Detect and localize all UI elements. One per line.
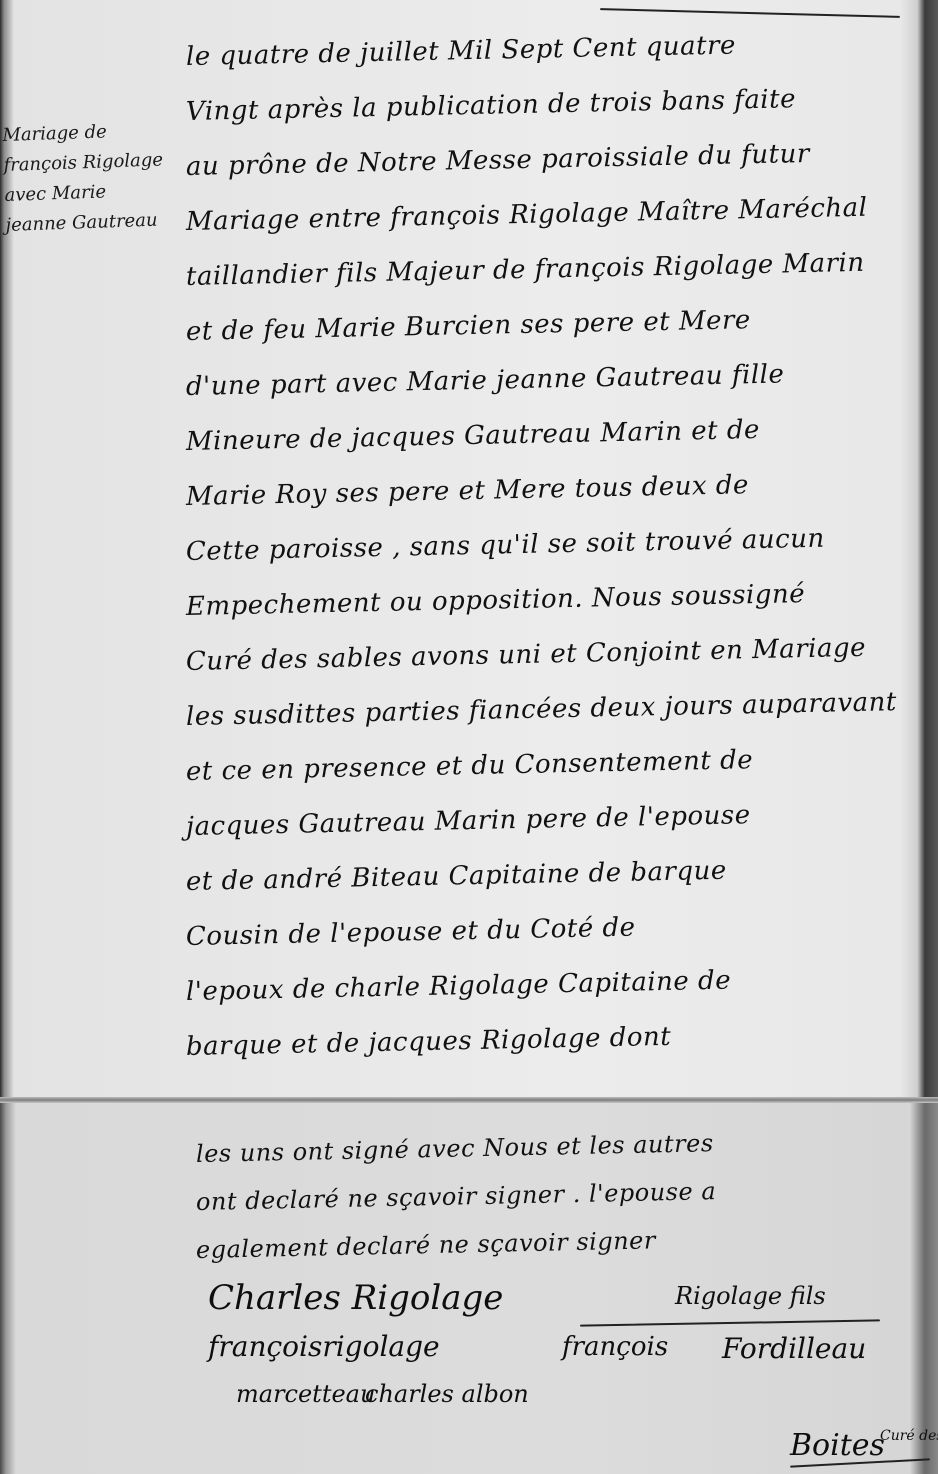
marriage-record-body: le quatre de juillet Mil Sept Cent quatr… <box>186 30 916 1075</box>
signature: Charles Rigolage <box>208 1278 503 1318</box>
signature: Rigolage fils <box>675 1282 826 1310</box>
scan-seam <box>0 1097 938 1103</box>
signature: Fordilleau <box>722 1332 866 1365</box>
priest-signature: Boites <box>790 1428 885 1463</box>
priest-title: Curé des sables <box>880 1428 938 1444</box>
marriage-record-closing: les uns ont signé avec Nous et les autre… <box>196 1130 916 1274</box>
signature: charles albon <box>365 1380 529 1408</box>
signature: françoisrigolage <box>208 1330 440 1363</box>
margin-note-line: françois Rigolage <box>3 145 174 181</box>
margin-note-line: jeanne Gautreau <box>5 205 176 241</box>
signature: françois <box>562 1332 668 1362</box>
signature: marcetteau <box>236 1380 375 1408</box>
margin-note: Mariage de françois Rigolage avec Marie … <box>2 115 176 241</box>
